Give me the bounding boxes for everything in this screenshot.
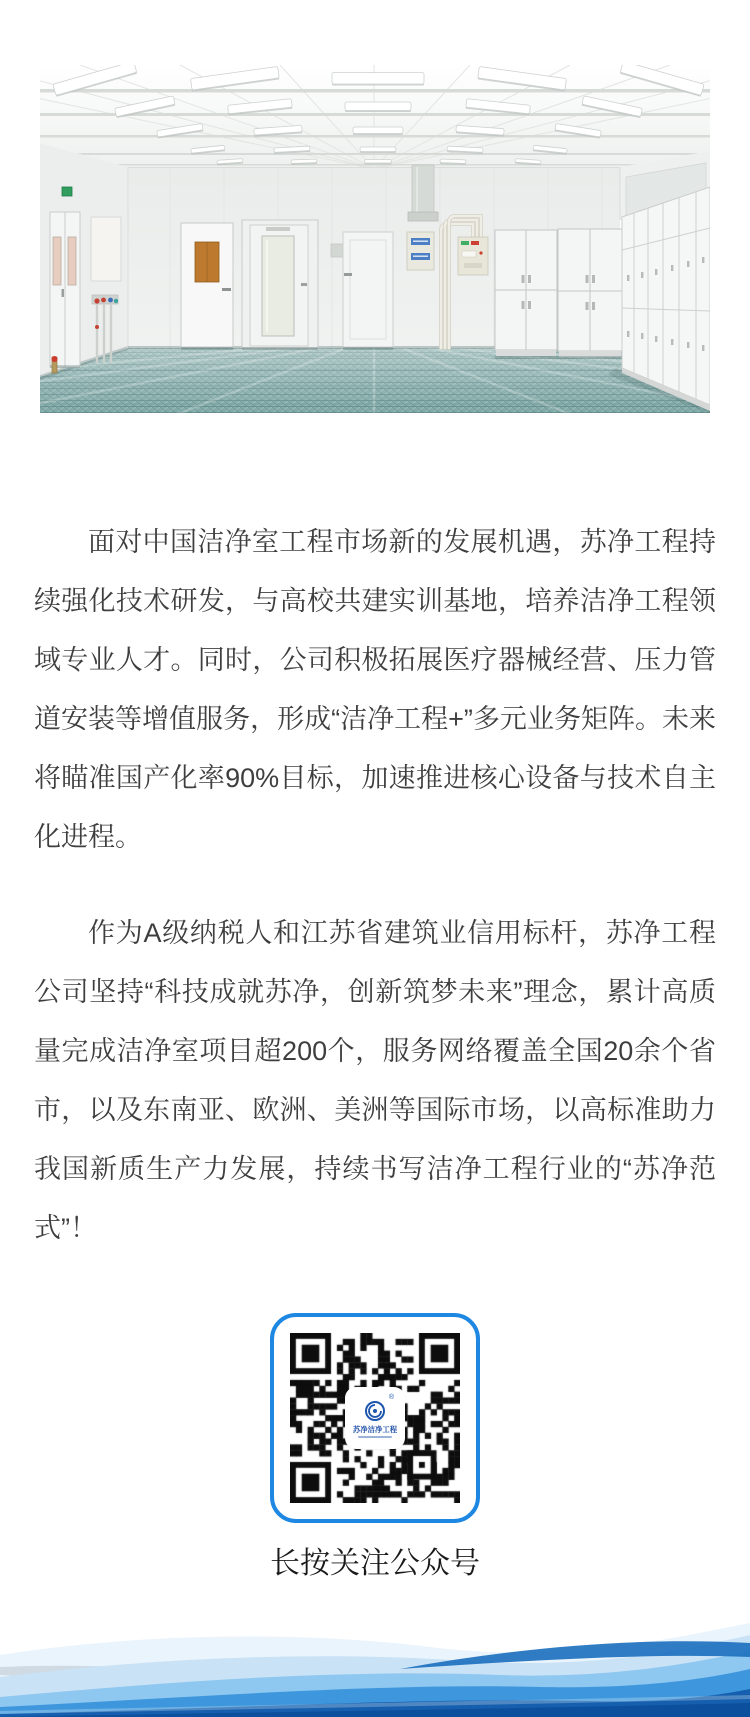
qr-logo-text: 苏净洁净工程 [353,1425,397,1433]
ceiling [40,65,710,169]
locker-bank [608,187,710,413]
qr-caption: 长按关注公众号 [0,1542,750,1586]
exit-sign [62,187,72,196]
qr-section: ® 苏净洁净工程 长按关注公众号 [0,1313,750,1586]
company-logo-icon [363,1399,387,1423]
electrical-box-blue [407,232,434,270]
qr-center-logo: ® 苏净洁净工程 [347,1389,403,1447]
wall-window [91,217,121,281]
footer-wave-decoration [0,1617,750,1717]
left-double-door [50,212,80,368]
floor-valve [52,356,58,373]
article-paragraph-1: 面对中国洁净室工程市场新的发展机遇，苏净工程持续强化技术研发，与高校共建实训基地… [34,513,716,867]
wall-access-panel [331,244,343,257]
qr-logo-subline [358,1436,392,1438]
ceiling-duct [408,165,438,221]
cleanroom-photo[interactable] [40,65,710,413]
door-glass [242,220,318,350]
article-page: 面对中国洁净室工程市场新的发展机遇，苏净工程持续强化技术研发，与高校共建实训基地… [0,0,750,1717]
control-panel [458,237,488,275]
left-wall [40,143,128,380]
article-paragraph-2: 作为A级纳税人和江苏省建筑业信用标杆，苏净工程公司坚持“科技成就苏净，创新筑梦未… [34,904,716,1258]
registered-mark: ® [389,1394,394,1401]
storage-cabinets [495,229,622,359]
door-plain [343,232,393,350]
qr-code[interactable]: ® 苏净洁净工程 [270,1313,480,1523]
door-orange-window [181,223,233,350]
